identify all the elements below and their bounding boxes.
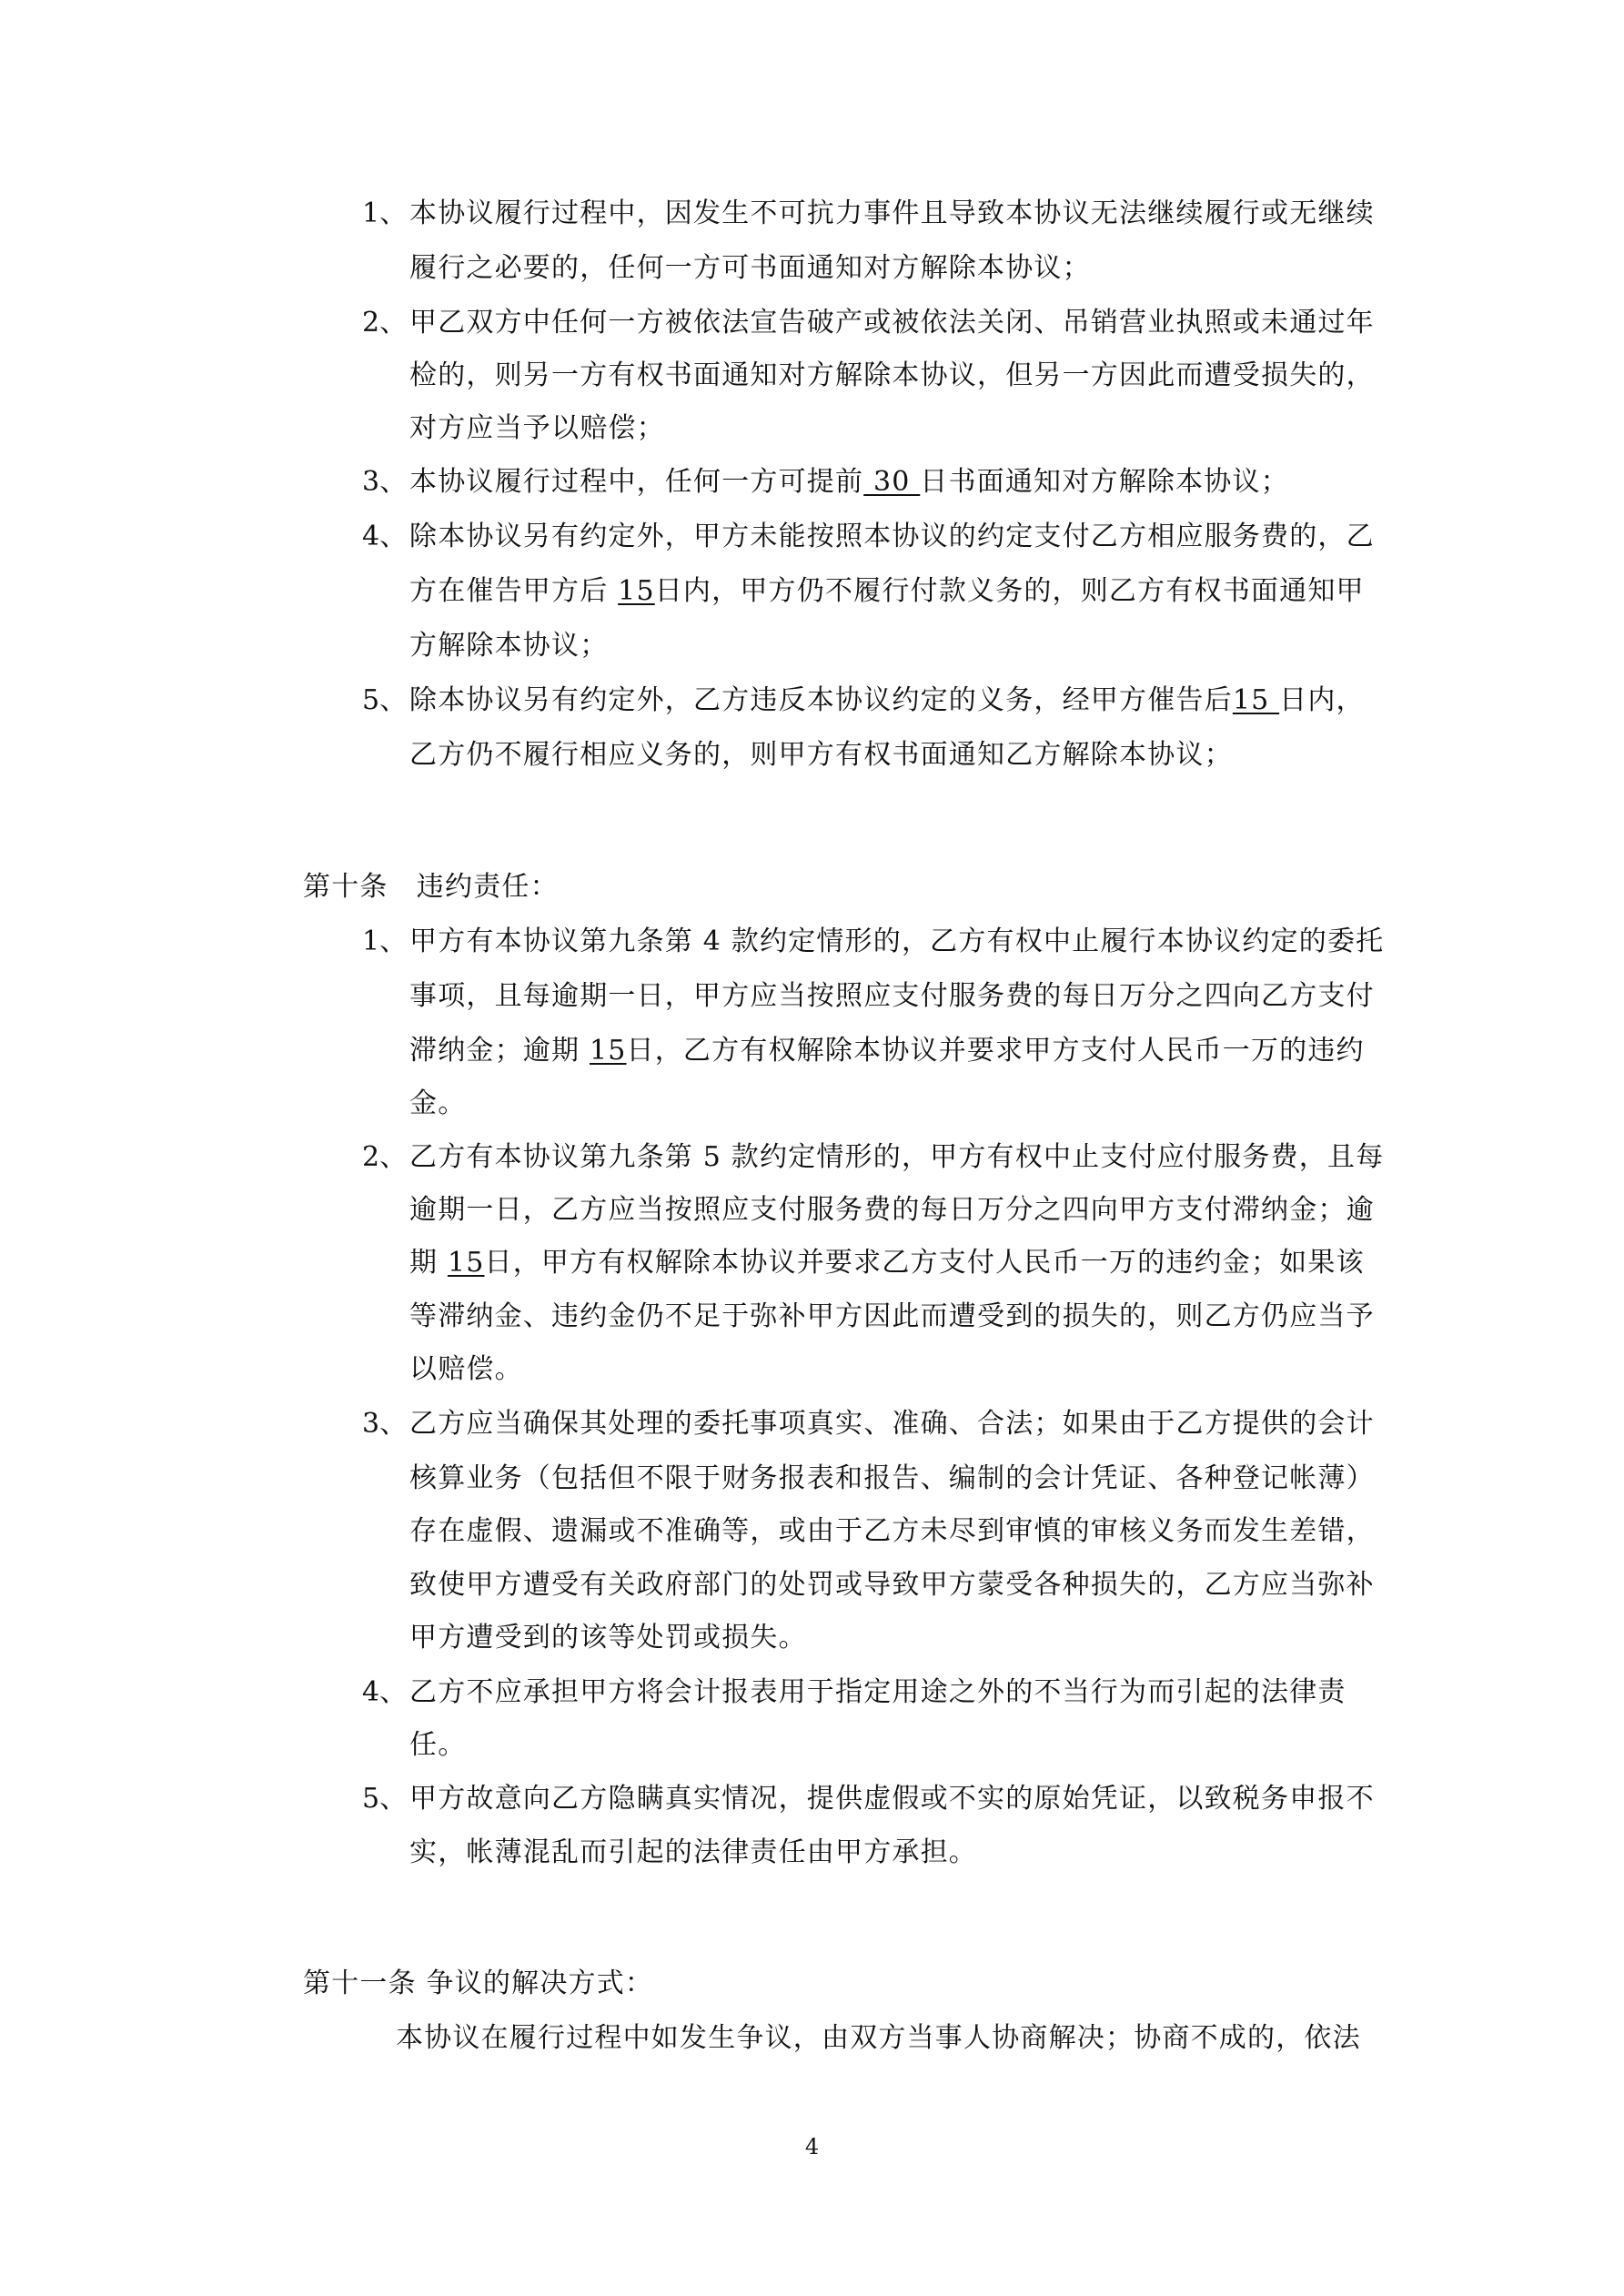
item-number: 1、 bbox=[362, 197, 407, 230]
section11-heading: 第十一条 争议的解决方式： bbox=[303, 1967, 653, 2000]
text-segment: 除本协议另有约定外，乙方违反本协议约定的义务，经甲方催告后 bbox=[409, 684, 1233, 716]
item-text-line: 滞纳金；逾期 15日，乙方有权解除本协议并要求甲方支付人民币一万的违约 bbox=[409, 1035, 1365, 1067]
item-text-line: 甲乙双方中任何一方被依法宣告破产或被依法关闭、吊销营业执照或未通过年 bbox=[409, 307, 1375, 339]
document-page: 1、 本协议履行过程中，因发生不可抗力事件且导致本协议无法继续履行或无继续 履行… bbox=[0, 0, 1624, 2296]
item-text-line: 事项，且每逾期一日，甲方应当按照应支付服务费的每日万分之四向乙方支付 bbox=[409, 980, 1375, 1013]
item-text-line: 方在催告甲方后 15日内，甲方仍不履行付款义务的，则乙方有权书面通知甲 bbox=[409, 575, 1365, 608]
text-segment: 日内，甲方仍不履行付款义务的，则乙方有权书面通知甲 bbox=[655, 575, 1365, 607]
text-segment: 日书面通知对方解除本协议； bbox=[920, 466, 1289, 498]
item-number: 4、 bbox=[362, 521, 407, 553]
item-text-line: 甲方故意向乙方隐瞒真实情况，提供虚假或不实的原始凭证，以致税务申报不 bbox=[409, 1783, 1375, 1816]
item-text-line: 实，帐薄混乱而引起的法律责任由甲方承担。 bbox=[409, 1836, 977, 1869]
item-text-line: 以赔偿。 bbox=[409, 1353, 523, 1386]
item-text-line: 除本协议另有约定外，甲方未能按照本协议的约定支付乙方相应服务费的，乙 bbox=[409, 521, 1375, 553]
item-text-line: 乙方仍不履行相应义务的，则甲方有权书面通知乙方解除本协议； bbox=[409, 739, 1233, 772]
item-text-line: 除本协议另有约定外，乙方违反本协议约定的义务，经甲方催告后15 日内， bbox=[409, 684, 1365, 717]
item-number: 2、 bbox=[362, 1141, 407, 1174]
days-value: 30 bbox=[863, 466, 920, 498]
item-text-line: 金。 bbox=[409, 1087, 466, 1120]
item-number: 5、 bbox=[362, 684, 407, 717]
item-number: 4、 bbox=[362, 1676, 407, 1709]
text-segment: 日，乙方有权解除本协议并要求甲方支付人民币一万的违约 bbox=[627, 1035, 1365, 1067]
item-text-line: 本协议履行过程中，因发生不可抗力事件且导致本协议无法继续履行或无继续 bbox=[409, 197, 1375, 230]
item-text-line: 甲方有本协议第九条第 4 款约定情形的，乙方有权中止履行本协议约定的委托 bbox=[409, 925, 1384, 958]
item-number: 3、 bbox=[362, 1408, 407, 1441]
days-value: 15 bbox=[590, 1035, 627, 1067]
page-number: 4 bbox=[0, 2134, 1624, 2159]
days-value: 15 bbox=[448, 1247, 485, 1279]
item-text-line: 本协议履行过程中，任何一方可提前 30 日书面通知对方解除本协议； bbox=[409, 466, 1289, 499]
text-segment: 本协议履行过程中，任何一方可提前 bbox=[409, 466, 863, 498]
item-text-line: 等滞纳金、违约金仍不足于弥补甲方因此而遭受到的损失的，则乙方仍应当予 bbox=[409, 1300, 1375, 1333]
item-text-line: 履行之必要的，任何一方可书面通知对方解除本协议； bbox=[409, 252, 1091, 285]
days-value: 15 bbox=[618, 575, 655, 607]
item-text-line: 存在虚假、遗漏或不准确等，或由于乙方未尽到审慎的审核义务而发生差错， bbox=[409, 1515, 1375, 1548]
item-number: 3、 bbox=[362, 466, 407, 499]
item-number: 1、 bbox=[362, 925, 407, 958]
item-text-line: 逾期一日，乙方应当按照应支付服务费的每日万分之四向甲方支付滞纳金；逾 bbox=[409, 1194, 1375, 1227]
section11-paragraph: 本协议在履行过程中如发生争议，由双方当事人协商解决；协商不成的，依法 bbox=[396, 2022, 1361, 2055]
item-text-line: 乙方应当确保其处理的委托事项真实、准确、合法；如果由于乙方提供的会计 bbox=[409, 1408, 1375, 1441]
item-number: 5、 bbox=[362, 1783, 407, 1816]
text-segment: 方在催告甲方后 bbox=[409, 575, 608, 607]
item-text-line: 甲方遭受到的该等处罚或损失。 bbox=[409, 1622, 807, 1654]
item-text-line: 期 15日，甲方有权解除本协议并要求乙方支付人民币一万的违约金；如果该 bbox=[409, 1247, 1365, 1279]
item-number: 2、 bbox=[362, 307, 407, 339]
item-text-line: 致使甲方遭受有关政府部门的处罚或导致甲方蒙受各种损失的，乙方应当弥补 bbox=[409, 1569, 1375, 1602]
item-text-line: 对方应当予以赔偿； bbox=[409, 412, 665, 445]
text-segment: 期 bbox=[409, 1247, 438, 1279]
item-text-line: 任。 bbox=[409, 1729, 466, 1762]
section10-heading: 第十条 违约责任： bbox=[303, 871, 559, 904]
item-text-line: 核算业务（包括但不限于财务报表和报告、编制的会计凭证、各种登记帐薄） bbox=[409, 1462, 1375, 1495]
item-text-line: 方解除本协议； bbox=[409, 630, 608, 663]
text-segment: 日内， bbox=[1279, 684, 1365, 716]
item-text-line: 乙方不应承担甲方将会计报表用于指定用途之外的不当行为而引起的法律责 bbox=[409, 1676, 1347, 1709]
text-segment: 滞纳金；逾期 bbox=[409, 1035, 580, 1067]
item-text-line: 检的，则另一方有权书面通知对方解除本协议，但另一方因此而遭受损失的， bbox=[409, 359, 1375, 392]
text-segment: 日，甲方有权解除本协议并要求乙方支付人民币一万的违约金；如果该 bbox=[485, 1247, 1365, 1279]
item-text-line: 乙方有本协议第九条第 5 款约定情形的，甲方有权中止支付应付服务费，且每 bbox=[409, 1141, 1384, 1174]
days-value: 15 bbox=[1233, 684, 1279, 716]
